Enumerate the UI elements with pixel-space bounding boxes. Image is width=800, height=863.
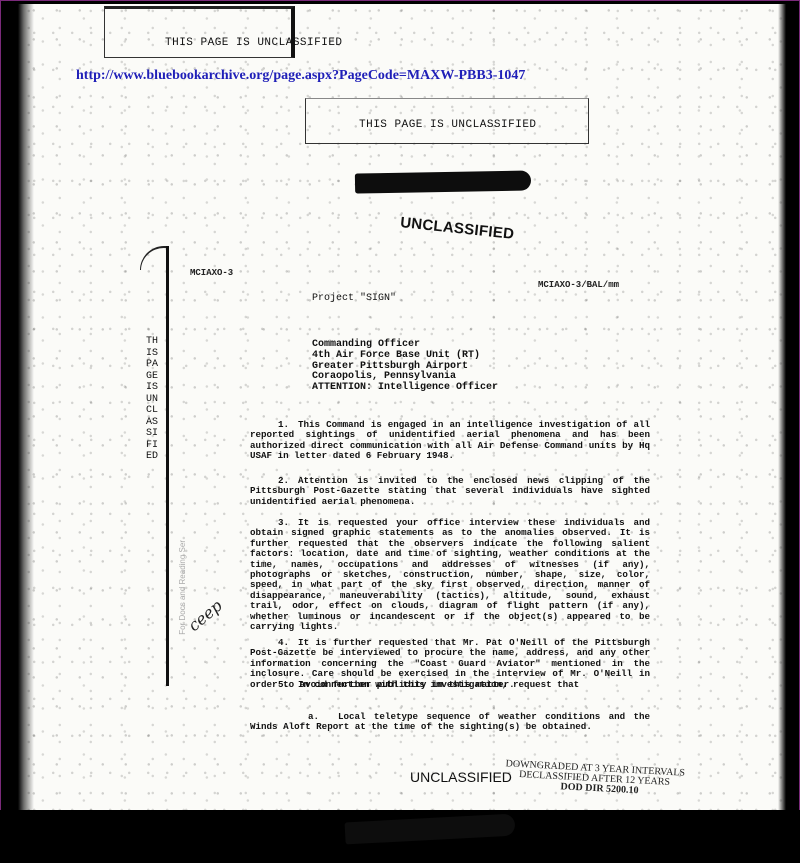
reference-left: MCIAXO-3 bbox=[190, 268, 233, 278]
paragraph-text: It is requested your office interview th… bbox=[250, 517, 650, 632]
paragraph-5: 5.In connection with this investigation,… bbox=[250, 680, 650, 690]
paragraph-text: This Command is engaged in an intelligen… bbox=[250, 419, 650, 461]
top-classification-box: THIS PAGE IS UNCLASSIFIED bbox=[104, 6, 295, 58]
middle-classification-box: THIS PAGE IS UNCLASSIFIED bbox=[305, 98, 589, 144]
paragraph-3: 3.It is requested your office interview … bbox=[250, 518, 650, 632]
reference-right: MCIAXO-3/BAL/mm bbox=[538, 280, 619, 290]
vertical-classification-stamp: THISPAGEISUNCLASSIFIED bbox=[146, 336, 158, 463]
footer-unclassified-stamp: UNCLASSIFIED bbox=[410, 769, 512, 785]
middle-classification-text: THIS PAGE IS UNCLASSIFIED bbox=[359, 119, 537, 131]
paragraph-text: In connection with this investigation, r… bbox=[298, 679, 579, 690]
redaction-bar-top bbox=[355, 170, 531, 193]
subject-line: Project "SIGN" bbox=[312, 293, 396, 304]
paragraph-1: 1.This Command is engaged in an intellig… bbox=[250, 420, 650, 462]
address-line: ATTENTION: Intelligence Officer bbox=[312, 383, 498, 394]
paragraph-text: Attention is invited to the enclosed new… bbox=[250, 475, 650, 507]
paragraph-2: 2.Attention is invited to the enclosed n… bbox=[250, 476, 650, 507]
archive-url-link[interactable]: http://www.bluebookarchive.org/page.aspx… bbox=[76, 68, 525, 84]
address-line: 4th Air Force Base Unit (RT) bbox=[312, 351, 498, 362]
top-classification-text: THIS PAGE IS UNCLASSIFIED bbox=[165, 37, 343, 49]
scan-edge-left bbox=[8, 4, 34, 810]
paragraph-5a: a.Local teletype sequence of weather con… bbox=[250, 712, 650, 733]
address-block: Commanding Officer 4th Air Force Base Un… bbox=[312, 340, 498, 394]
scan-edge-right bbox=[778, 4, 790, 810]
paragraph-number: 5. bbox=[250, 680, 298, 690]
binder-fold-line bbox=[166, 246, 169, 686]
